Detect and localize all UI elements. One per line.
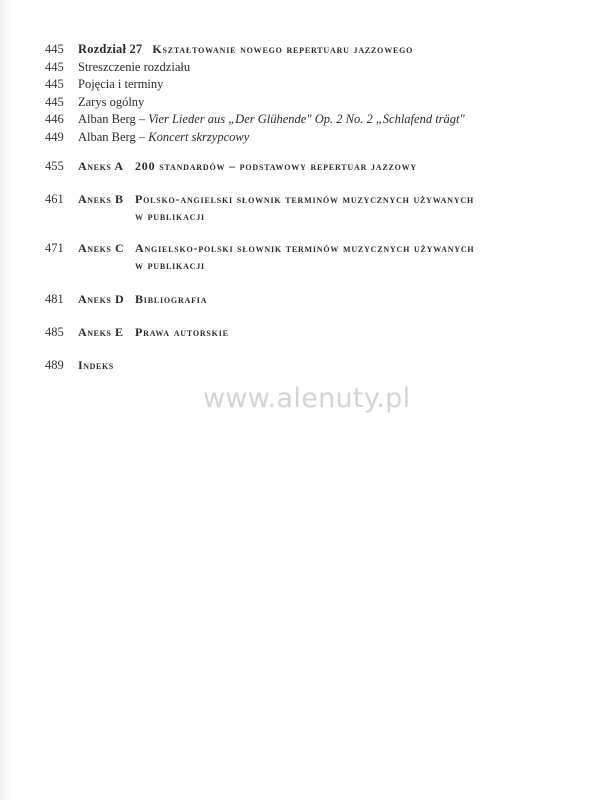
section-title: Alban Berg – Vier Lieder aus „Der Glühen… <box>78 111 465 128</box>
page-number: 449 <box>45 129 75 146</box>
page-number: 461 <box>45 191 75 208</box>
page-number: 489 <box>45 357 75 374</box>
page-number: 445 <box>45 76 75 93</box>
page-number: 445 <box>45 41 75 58</box>
section-composer: Alban Berg – <box>78 130 148 144</box>
section-work-title: Koncert skrzypcowy <box>148 130 249 144</box>
section-title: Pojęcia i terminy <box>78 76 163 93</box>
page-number: 485 <box>45 324 75 341</box>
annex-label: Aneks D <box>78 291 124 308</box>
annex-title-continued: w publikacji <box>135 257 205 274</box>
index-label: Indeks <box>78 357 114 374</box>
section-composer: Alban Berg – <box>78 112 148 126</box>
page-number: 471 <box>45 240 75 257</box>
annex-title: Polsko-angielski słownik terminów muzycz… <box>135 191 474 208</box>
page-edge-shadow <box>0 0 10 800</box>
annex-label: Aneks C <box>78 240 124 257</box>
section-title: Alban Berg – Koncert skrzypcowy <box>78 129 249 146</box>
chapter-title: Kształtowanie nowego repertuaru jazzoweg… <box>152 42 413 56</box>
annex-title: Bibliografia <box>135 291 207 308</box>
annex-title: Angielsko-polski słownik terminów muzycz… <box>135 240 474 257</box>
annex-label: Aneks E <box>78 324 124 341</box>
page-number: 446 <box>45 111 75 128</box>
annex-title: 200 standardów – podstawowy repertuar ja… <box>135 158 417 175</box>
annex-label: Aneks B <box>78 191 124 208</box>
chapter-label: Rozdział 27 <box>78 42 142 56</box>
section-title: Streszczenie rozdziału <box>78 59 190 76</box>
annex-title: Prawa autorskie <box>135 324 229 341</box>
chapter-heading: Rozdział 27Kształtowanie nowego repertua… <box>78 41 413 58</box>
watermark: www.alenuty.pl <box>203 383 410 414</box>
annex-title-continued: w publikacji <box>135 208 205 225</box>
section-work-title: Vier Lieder aus „Der Glühende" Op. 2 No.… <box>148 112 465 126</box>
page-number: 445 <box>45 59 75 76</box>
page-number: 481 <box>45 291 75 308</box>
annex-label: Aneks A <box>78 158 124 175</box>
page-number: 455 <box>45 158 75 175</box>
page-number: 445 <box>45 94 75 111</box>
section-title: Zarys ogólny <box>78 94 144 111</box>
